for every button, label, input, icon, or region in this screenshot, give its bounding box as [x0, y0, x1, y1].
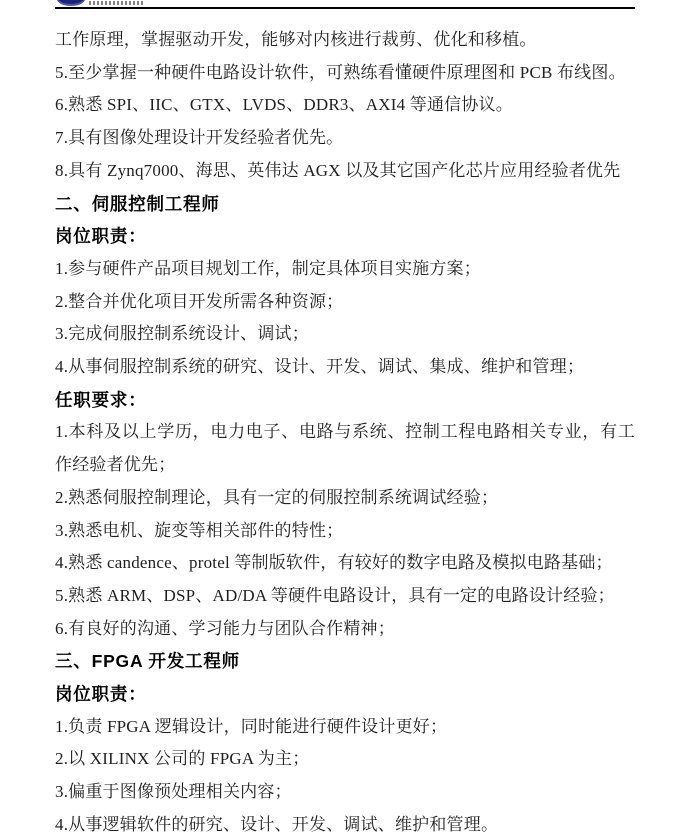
section-heading: 岗位职责：: [55, 220, 635, 253]
company-logo-icon: [57, 0, 85, 6]
section-heading: 任职要求：: [55, 384, 635, 417]
header-rule: [55, 7, 635, 9]
paragraph-line: 3.熟悉电机、旋变等相关部件的特性；: [55, 515, 635, 548]
page-header: [0, 0, 674, 10]
paragraph-line: 3.偏重于图像预处理相关内容；: [55, 776, 635, 809]
paragraph-line: 5.至少掌握一种硬件电路设计软件，可熟练看懂硬件原理图和 PCB 布线图。: [55, 57, 635, 90]
section-heading: 岗位职责：: [55, 678, 635, 711]
paragraph-line: 4.从事伺服控制系统的研究、设计、开发、调试、集成、维护和管理；: [55, 351, 635, 384]
paragraph-line: 2.熟悉伺服控制理论，具有一定的伺服控制系统调试经验；: [55, 482, 635, 515]
section-heading: 三、FPGA 开发工程师: [55, 645, 635, 678]
paragraph-line: 4.从事逻辑软件的研究、设计、开发、调试、维护和管理。: [55, 809, 635, 839]
paragraph-line: 2.整合并优化项目开发所需各种资源；: [55, 286, 635, 319]
paragraph-line: 6.熟悉 SPI、IIC、GTX、LVDS、DDR3、AXI4 等通信协议。: [55, 89, 635, 122]
paragraph-line: 2.以 XILINX 公司的 FPGA 为主；: [55, 743, 635, 776]
paragraph-line: 5.熟悉 ARM、DSP、AD/DA 等硬件电路设计，具有一定的电路设计经验；: [55, 580, 635, 613]
paragraph-line: 1.参与硬件产品项目规划工作，制定具体项目实施方案；: [55, 253, 635, 286]
paragraph-line: 8.具有 Zynq7000、海思、英伟达 AGX 以及其它国产化芯片应用经验者优…: [55, 155, 635, 188]
paragraph-line: 6.有良好的沟通、学习能力与团队合作精神；: [55, 613, 635, 646]
header-small-text: [89, 1, 145, 5]
section-heading: 二、伺服控制工程师: [55, 188, 635, 221]
paragraph-line: 4.熟悉 candence、protel 等制版软件，有较好的数字电路及模拟电路…: [55, 547, 635, 580]
paragraph-line: 1.负责 FPGA 逻辑设计，同时能进行硬件设计更好；: [55, 711, 635, 744]
paragraph-line: 7.具有图像处理设计开发经验者优先。: [55, 122, 635, 155]
paragraph-line: 3.完成伺服控制系统设计、调试；: [55, 318, 635, 351]
document-body: 工作原理，掌握驱动开发，能够对内核进行裁剪、优化和移植。5.至少掌握一种硬件电路…: [0, 24, 674, 839]
paragraph-line: 工作原理，掌握驱动开发，能够对内核进行裁剪、优化和移植。: [55, 24, 635, 57]
paragraph-line: 1.本科及以上学历，电力电子、电路与系统、控制工程电路相关专业，有工作经验者优先…: [55, 416, 635, 481]
